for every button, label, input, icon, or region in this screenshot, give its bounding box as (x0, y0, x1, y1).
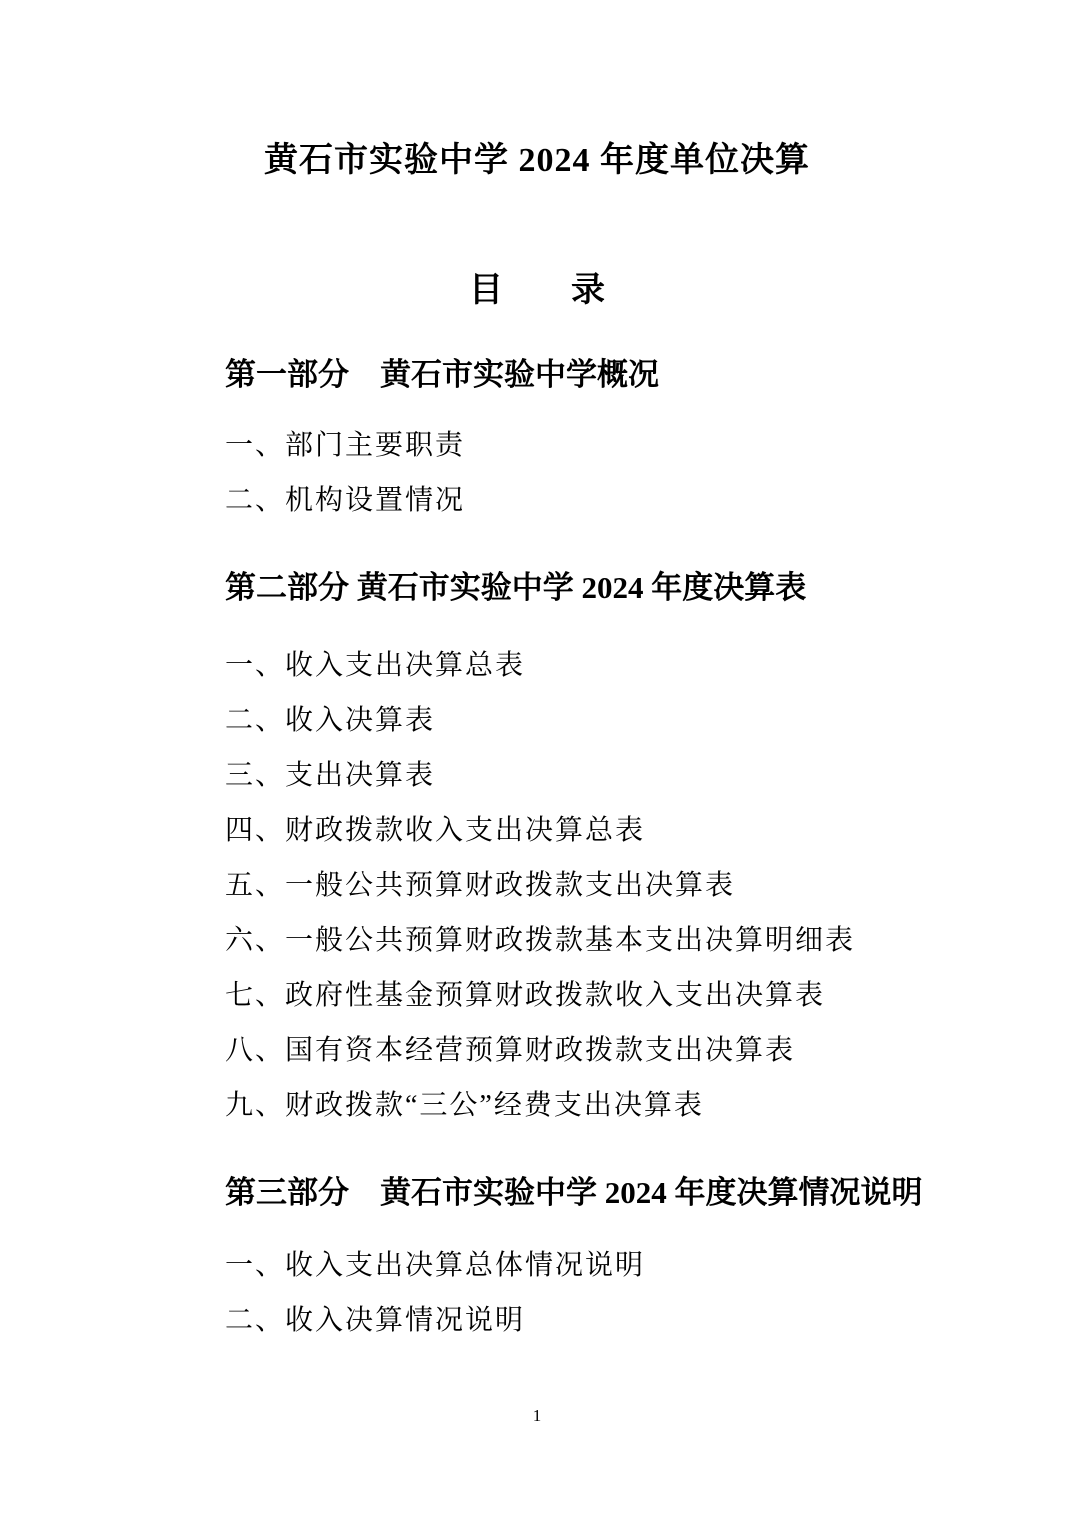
toc-item-part2-2: 二、收入决算表 (225, 701, 924, 741)
toc-content: 第一部分 黄石市实验中学概况 一、部门主要职责 二、机构设置情况 第二部分 黄石… (0, 353, 1074, 1341)
part-1-heading: 第一部分 黄石市实验中学概况 (225, 353, 924, 397)
toc-item-part1-1: 一、部门主要职责 (225, 426, 924, 466)
toc-item-part2-4: 四、财政拨款收入支出决算总表 (225, 811, 924, 851)
toc-heading: 目 录 (0, 268, 1074, 314)
toc-item-part2-5: 五、一般公共预算财政拨款支出决算表 (225, 866, 924, 906)
document-page: 黄石市实验中学 2024 年度单位决算 目 录 第一部分 黄石市实验中学概况 一… (0, 0, 1074, 1520)
part-2-heading: 第二部分 黄石市实验中学 2024 年度决算表 (225, 566, 924, 610)
toc-item-part2-7: 七、政府性基金预算财政拨款收入支出决算表 (225, 976, 924, 1016)
toc-item-part1-2: 二、机构设置情况 (225, 481, 924, 521)
toc-item-part3-2: 二、收入决算情况说明 (225, 1301, 924, 1341)
toc-item-part2-1: 一、收入支出决算总表 (225, 646, 924, 686)
page-number: 1 (0, 1404, 1074, 1428)
toc-item-part2-8: 八、国有资本经营预算财政拨款支出决算表 (225, 1031, 924, 1071)
toc-item-part3-1: 一、收入支出决算总体情况说明 (225, 1246, 924, 1286)
toc-item-part2-6: 六、一般公共预算财政拨款基本支出决算明细表 (225, 921, 924, 961)
document-title: 黄石市实验中学 2024 年度单位决算 (0, 138, 1074, 184)
toc-item-part2-9: 九、财政拨款“三公”经费支出决算表 (225, 1086, 924, 1126)
toc-item-part2-3: 三、支出决算表 (225, 756, 924, 796)
part-3-heading: 第三部分 黄石市实验中学 2024 年度决算情况说明 (225, 1171, 924, 1215)
